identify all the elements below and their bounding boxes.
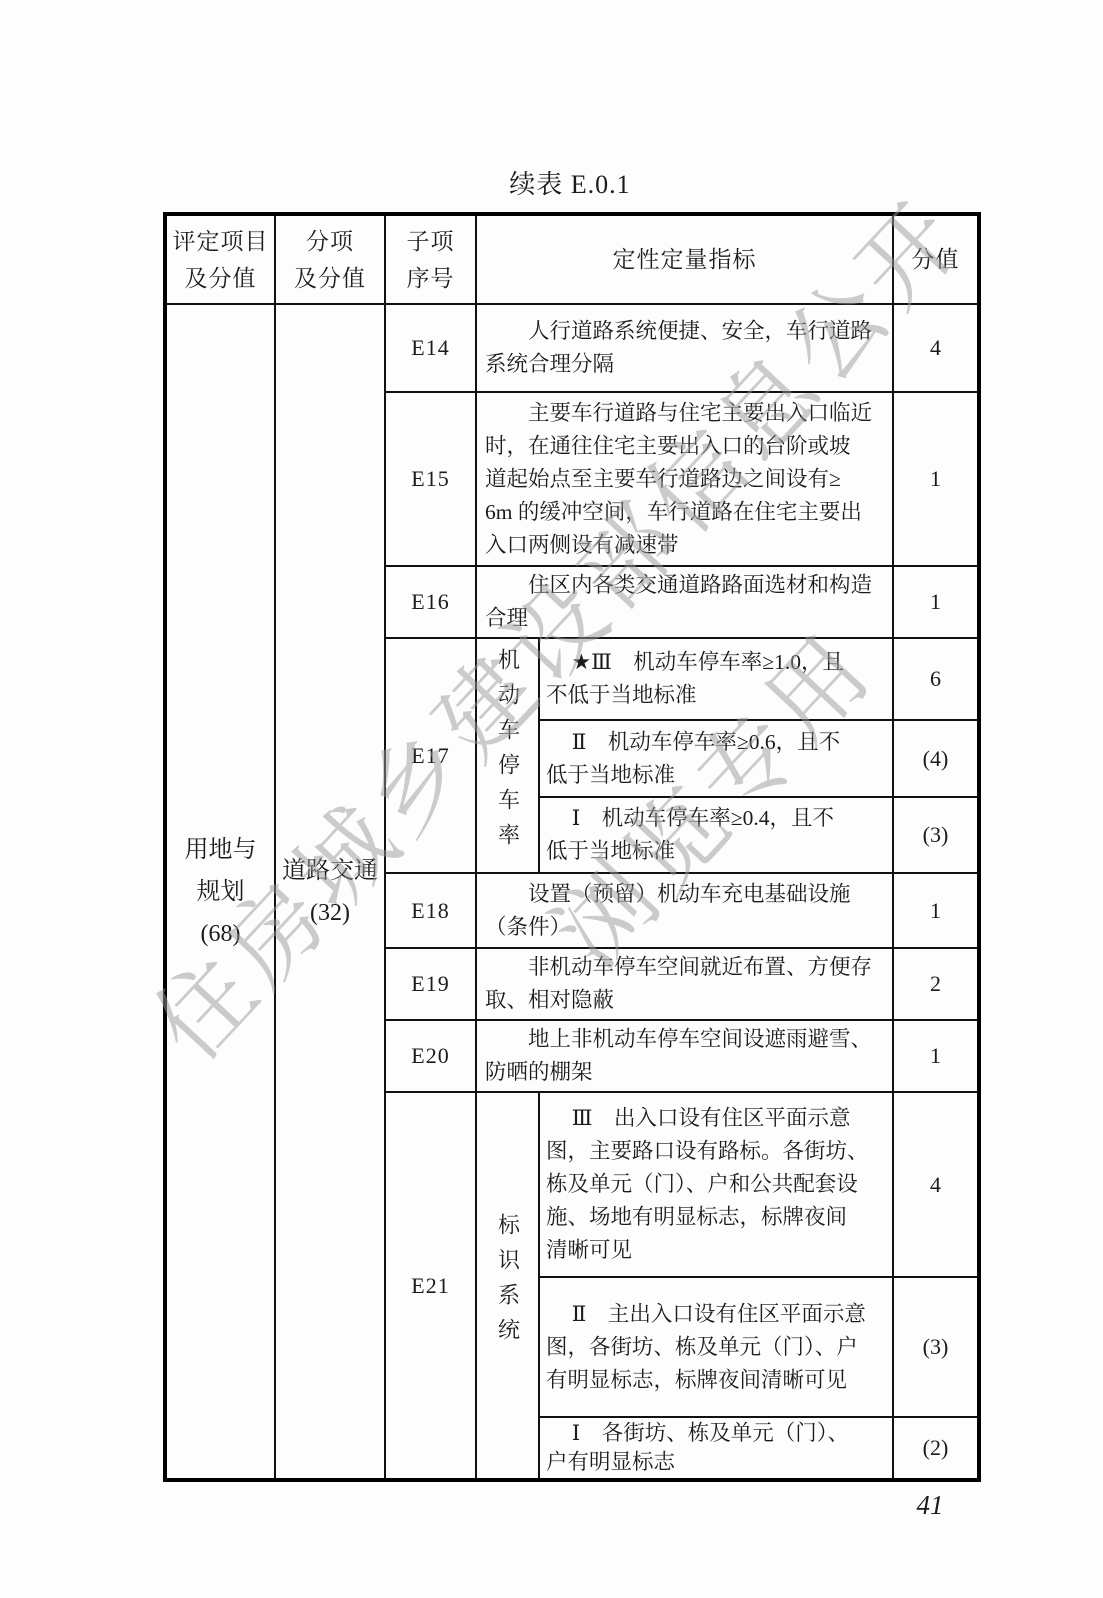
score-cell: 1 <box>893 392 979 566</box>
table-row: 用地与 规划 (68) 道路交通 (32) E14 人行道路系统便捷、安全，车行… <box>165 304 979 392</box>
score-cell: 1 <box>893 1020 979 1092</box>
indicator-text: 住区内各类交通道路路面选材和构造 合理 <box>477 567 892 637</box>
indicator-text: 设置（预留）机动车充电基础设施 （条件） <box>477 876 892 946</box>
group-label-cell: 机动车停车率 <box>476 638 539 873</box>
subitem-id: E18 <box>385 873 476 948</box>
indicator-cell: 人行道路系统便捷、安全，车行道路 系统合理分隔 <box>476 304 893 392</box>
indicator-text: Ⅰ 机动车停车率≥0.4，且不 低于当地标准 <box>540 800 892 870</box>
indicator-text: Ⅰ 各街坊、栋及单元（门）、 户有明显标志 <box>540 1418 892 1478</box>
header-subcategory: 分项 及分值 <box>275 214 385 304</box>
indicator-text: 人行道路系统便捷、安全，车行道路 系统合理分隔 <box>477 313 892 383</box>
indicator-text: ★Ⅲ 机动车停车率≥1.0，且 不低于当地标准 <box>540 644 892 714</box>
header-indicator: 定性定量指标 <box>476 214 893 304</box>
score-cell: 1 <box>893 873 979 948</box>
indicator-text: Ⅲ 出入口设有住区平面示意 图，主要路口设有路标。各街坊、 栋及单元（门）、户和… <box>540 1100 892 1269</box>
subitem-id: E16 <box>385 566 476 638</box>
score-cell: (3) <box>893 1277 979 1417</box>
indicator-cell: 住区内各类交通道路路面选材和构造 合理 <box>476 566 893 638</box>
indicator-cell: 设置（预留）机动车充电基础设施 （条件） <box>476 873 893 948</box>
indicator-cell: 地上非机动车停车空间设遮雨避雪、 防晒的棚架 <box>476 1020 893 1092</box>
evaluation-table: 评定项目 及分值 分项 及分值 子项 序号 定性定量指标 分值 用地与 规划 (… <box>163 212 981 1482</box>
header-score: 分值 <box>893 214 979 304</box>
table-title: 续表 E.0.1 <box>163 164 977 201</box>
indicator-text: 主要车行道路与住宅主要出入口临近 时，在通往住宅主要出入口的台阶或坡 道起始点至… <box>477 395 892 564</box>
subitem-id: E14 <box>385 304 476 392</box>
category-cell: 用地与 规划 (68) <box>165 304 275 1480</box>
indicator-cell: Ⅱ 机动车停车率≥0.6，且不 低于当地标准 <box>539 720 893 797</box>
score-cell: 6 <box>893 638 979 720</box>
score-cell: 1 <box>893 566 979 638</box>
header-subitem-no: 子项 序号 <box>385 214 476 304</box>
table-header-row: 评定项目 及分值 分项 及分值 子项 序号 定性定量指标 分值 <box>165 214 979 304</box>
indicator-cell: ★Ⅲ 机动车停车率≥1.0，且 不低于当地标准 <box>539 638 893 720</box>
score-cell: 4 <box>893 1092 979 1277</box>
indicator-text: 地上非机动车停车空间设遮雨避雪、 防晒的棚架 <box>477 1021 892 1091</box>
score-cell: (4) <box>893 720 979 797</box>
indicator-cell: Ⅰ 机动车停车率≥0.4，且不 低于当地标准 <box>539 797 893 873</box>
document-page: 续表 E.0.1 评定项目 及分值 分项 及分值 子项 序号 定性定量指标 分值… <box>0 0 1103 1598</box>
group-label-vertical-text: 机动车停车率 <box>497 648 519 858</box>
group-label-vertical-text: 标识系统 <box>497 1213 519 1353</box>
indicator-cell: Ⅱ 主出入口设有住区平面示意 图，各街坊、栋及单元（门）、户 有明显标志，标牌夜… <box>539 1277 893 1417</box>
indicator-cell: Ⅲ 出入口设有住区平面示意 图，主要路口设有路标。各街坊、 栋及单元（门）、户和… <box>539 1092 893 1277</box>
indicator-text: Ⅱ 机动车停车率≥0.6，且不 低于当地标准 <box>540 724 892 794</box>
subcategory-cell: 道路交通 (32) <box>275 304 385 1480</box>
indicator-cell: Ⅰ 各街坊、栋及单元（门）、 户有明显标志 <box>539 1417 893 1480</box>
subitem-id: E20 <box>385 1020 476 1092</box>
score-cell: 2 <box>893 948 979 1020</box>
subitem-id: E19 <box>385 948 476 1020</box>
indicator-text: Ⅱ 主出入口设有住区平面示意 图，各街坊、栋及单元（门）、户 有明显标志，标牌夜… <box>540 1296 892 1399</box>
indicator-cell: 非机动车停车空间就近布置、方便存 取、相对隐蔽 <box>476 948 893 1020</box>
subitem-id: E17 <box>385 638 476 873</box>
indicator-text: 非机动车停车空间就近布置、方便存 取、相对隐蔽 <box>477 949 892 1019</box>
subitem-id: E15 <box>385 392 476 566</box>
score-cell: (3) <box>893 797 979 873</box>
page-number: 41 <box>880 1490 980 1521</box>
score-cell: (2) <box>893 1417 979 1480</box>
score-cell: 4 <box>893 304 979 392</box>
subitem-id: E21 <box>385 1092 476 1480</box>
header-category: 评定项目 及分值 <box>165 214 275 304</box>
group-label-cell: 标识系统 <box>476 1092 539 1480</box>
indicator-cell: 主要车行道路与住宅主要出入口临近 时，在通往住宅主要出入口的台阶或坡 道起始点至… <box>476 392 893 566</box>
